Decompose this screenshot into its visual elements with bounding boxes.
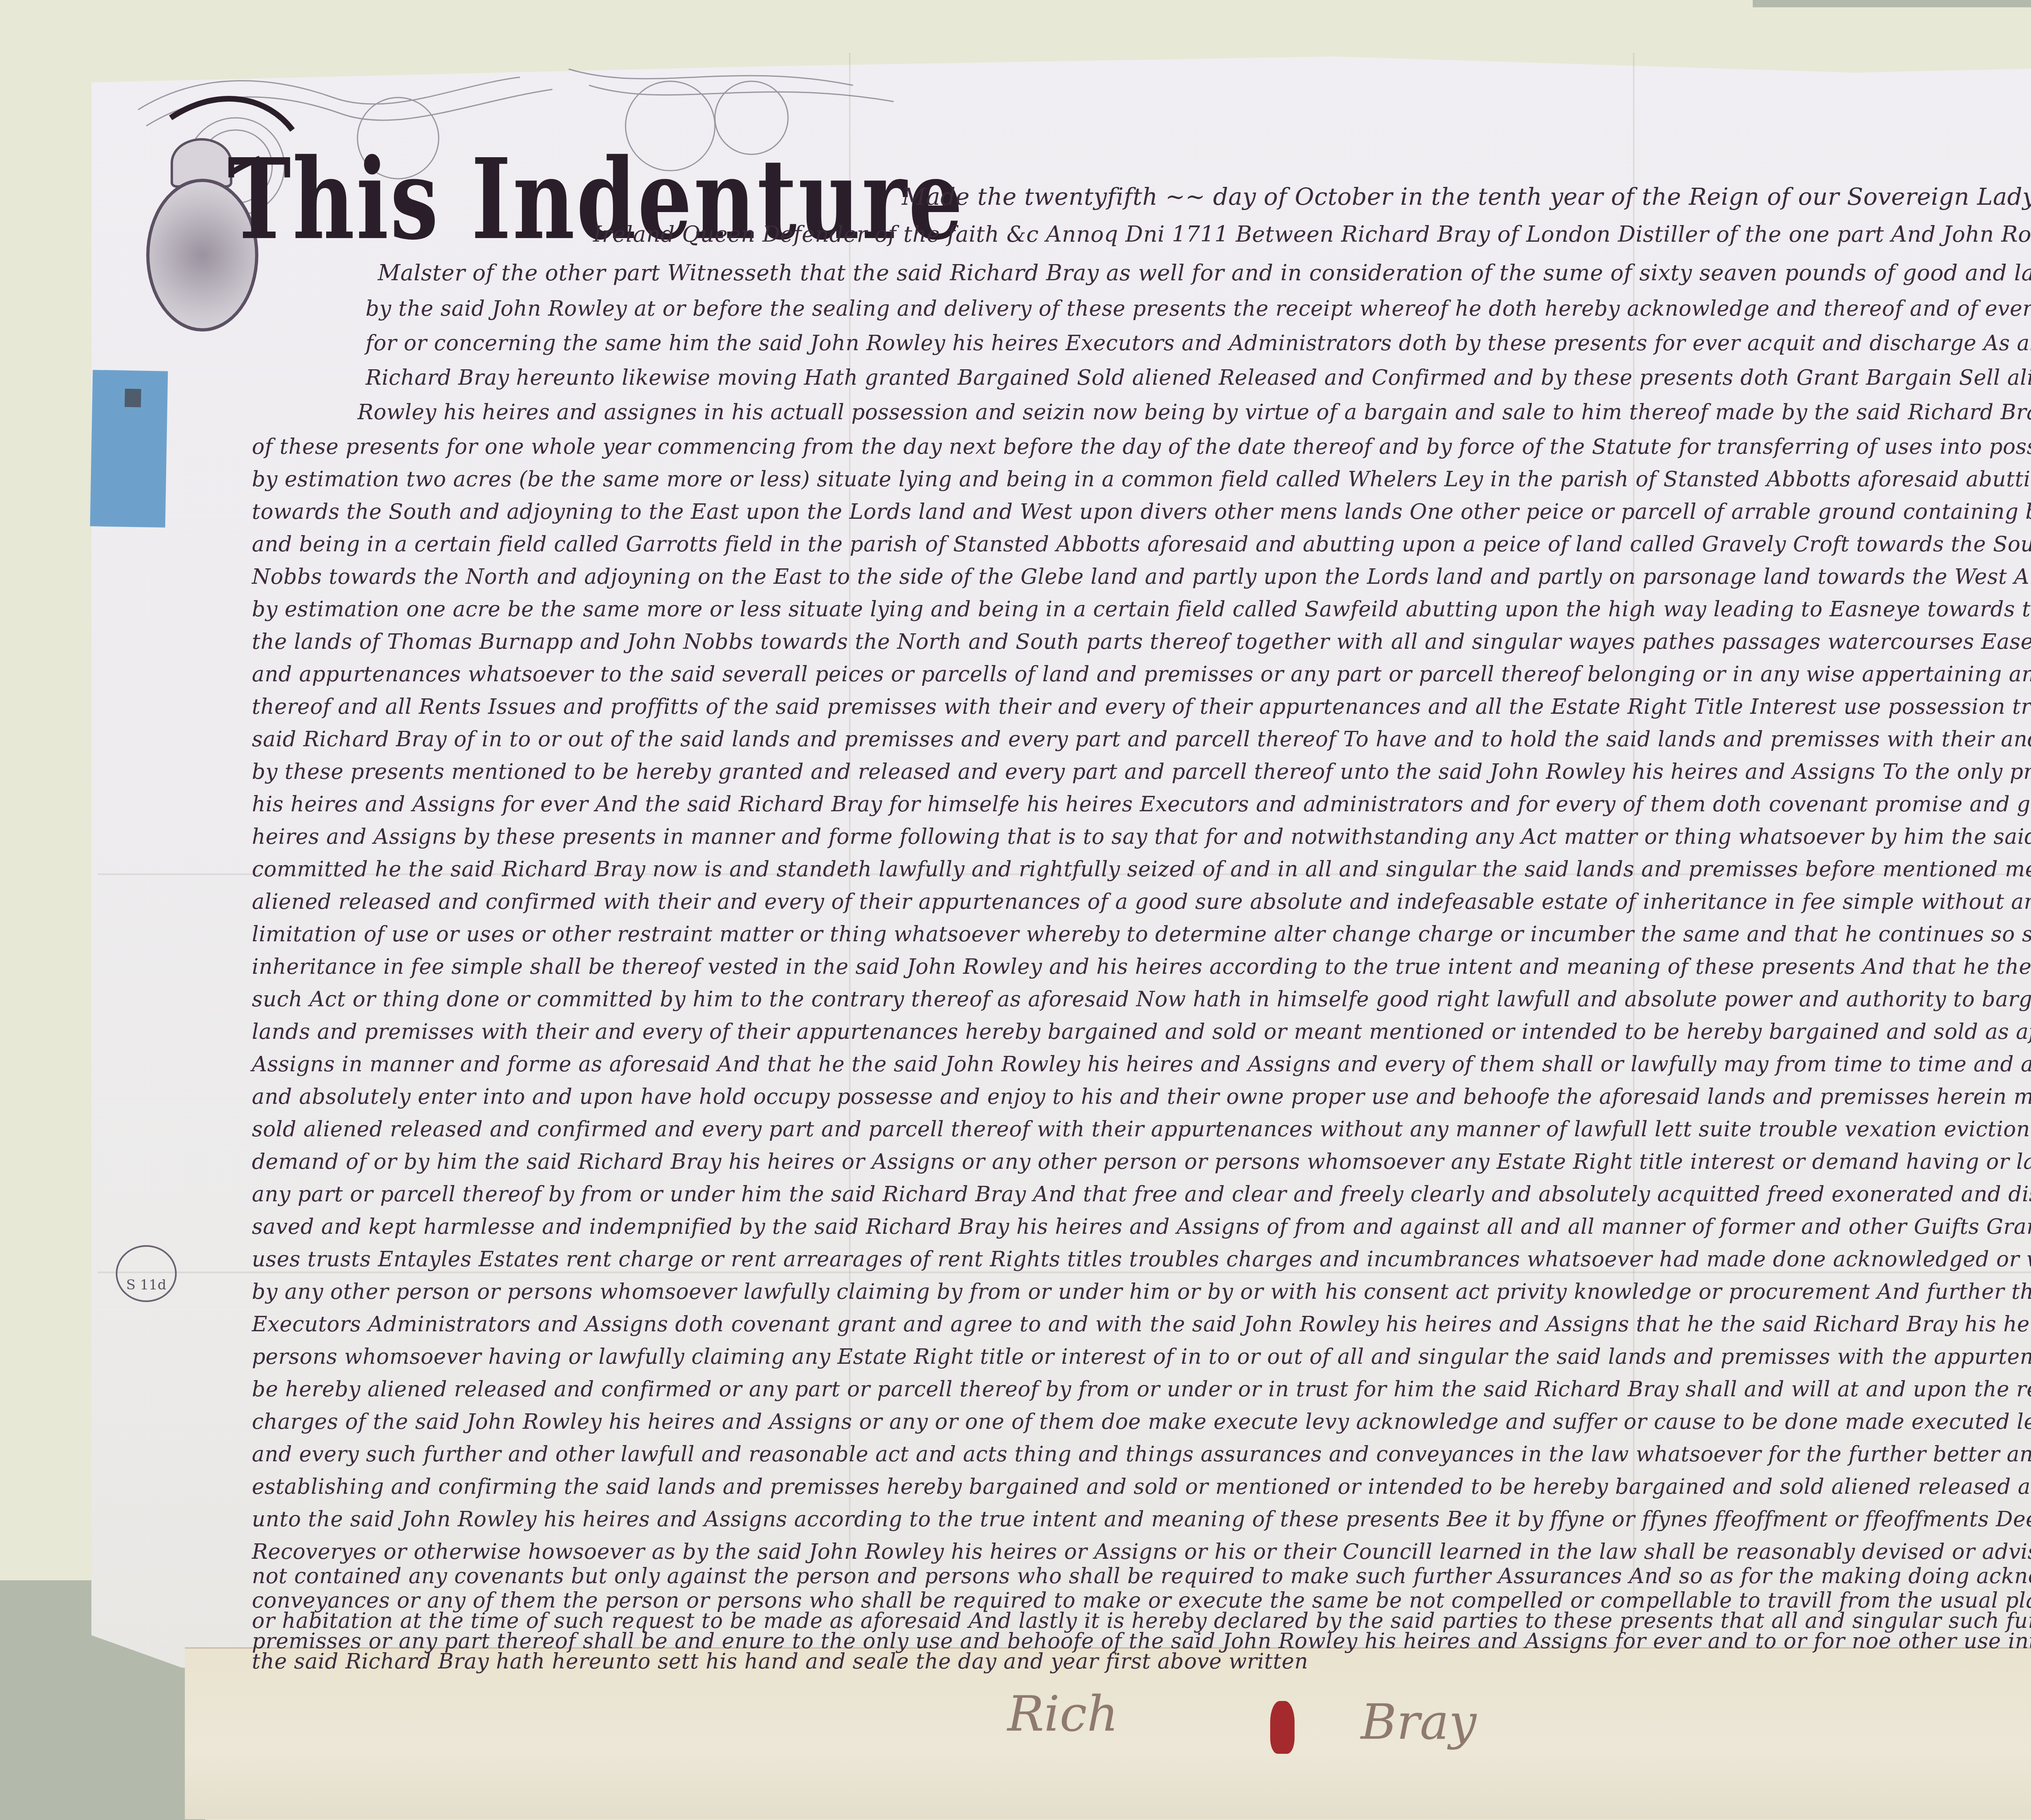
text-line: lands and premisses with their and every… xyxy=(252,1020,2031,1044)
text-line: said Richard Bray of in to or out of the… xyxy=(252,727,2031,752)
text-line: saved and kept harmlesse and indempnifie… xyxy=(252,1215,2031,1239)
text-line: Assigns in manner and forme as aforesaid… xyxy=(252,1052,2031,1077)
text-line: establishing and confirming the said lan… xyxy=(252,1475,2031,1499)
text-line: and appurtenances whatsoever to the said… xyxy=(252,662,2031,687)
text-line: towards the South and adjoyning to the E… xyxy=(252,500,2031,524)
text-line: such Act or thing done or committed by h… xyxy=(252,987,2031,1012)
text-line: by any other person or persons whomsoeve… xyxy=(252,1280,2031,1304)
text-line-final: the said Richard Bray hath hereunto sett… xyxy=(252,1649,1308,1674)
text-line: unto the said John Rowley his heires and… xyxy=(252,1507,2031,1532)
text-line: be hereby aliened released and confirmed… xyxy=(252,1377,2031,1402)
text-line: Nobbs towards the North and adjoyning on… xyxy=(252,565,2031,589)
text-line: by estimation one acre be the same more … xyxy=(252,597,2031,622)
text-line: heires and Assigns by these presents in … xyxy=(252,825,2031,849)
text-line: not contained any covenants but only aga… xyxy=(252,1564,2031,1588)
text-line: and being in a certain field called Garr… xyxy=(252,532,2031,557)
text-line: by these presents mentioned to be hereby… xyxy=(252,760,2031,784)
text-line: Recoveryes or otherwise howsoever as by … xyxy=(252,1540,2031,1564)
text-line: Rowley his heires and assignes in his ac… xyxy=(357,400,2031,425)
text-line: sold aliened released and confirmed and … xyxy=(252,1117,2031,1142)
wax-seal xyxy=(1270,1701,1295,1754)
text-line: limitation of use or uses or other restr… xyxy=(252,922,2031,947)
text-line: his heires and Assigns for ever And the … xyxy=(252,792,2031,817)
text-line: Ireland Queen Defender of the faith &c A… xyxy=(593,221,2031,247)
tag-slot xyxy=(125,389,141,407)
text-line: inheritance in fee simple shall be there… xyxy=(252,955,2031,979)
text-line: and absolutely enter into and upon have … xyxy=(252,1085,2031,1109)
text-line: and every such further and other lawfull… xyxy=(252,1442,2031,1467)
text-line: demand of or by him the said Richard Bra… xyxy=(252,1150,2031,1174)
text-line: the lands of Thomas Burnapp and John Nob… xyxy=(252,630,2031,654)
signature-first-name: Rich xyxy=(1007,1686,1118,1742)
text-line: uses trusts Entayles Estates rent charge… xyxy=(252,1247,2031,1272)
signature-last-name: Bray xyxy=(1361,1694,1477,1751)
text-line: by estimation two acres (be the same mor… xyxy=(252,467,2031,492)
text-line: Malster of the other part Witnesseth tha… xyxy=(378,260,2031,286)
text-line: committed he the said Richard Bray now i… xyxy=(252,857,2031,882)
text-line: for or concerning the same him the said … xyxy=(366,331,2031,355)
text-line: any part or parcell thereof by from or u… xyxy=(252,1182,2031,1207)
text-line: Made the twentyfifth ~~ day of October i… xyxy=(902,183,2031,210)
mask-top-right xyxy=(1753,0,2031,7)
text-line: of these presents for one whole year com… xyxy=(252,435,2031,459)
blue-paper-tag xyxy=(90,370,168,527)
duty-stamp: S 11d xyxy=(116,1245,177,1302)
fold-line xyxy=(97,1272,2031,1273)
text-line: Executors Administrators and Assigns dot… xyxy=(252,1312,2031,1337)
text-line: by the said John Rowley at or before the… xyxy=(366,297,2031,321)
text-line: persons whomsoever having or lawfully cl… xyxy=(252,1345,2031,1369)
text-line: thereof and all Rents Issues and proffit… xyxy=(252,695,2031,719)
text-line: Richard Bray hereunto likewise moving Ha… xyxy=(366,366,2031,390)
text-line: aliened released and confirmed with thei… xyxy=(252,890,2031,914)
text-line: charges of the said John Rowley his heir… xyxy=(252,1410,2031,1434)
